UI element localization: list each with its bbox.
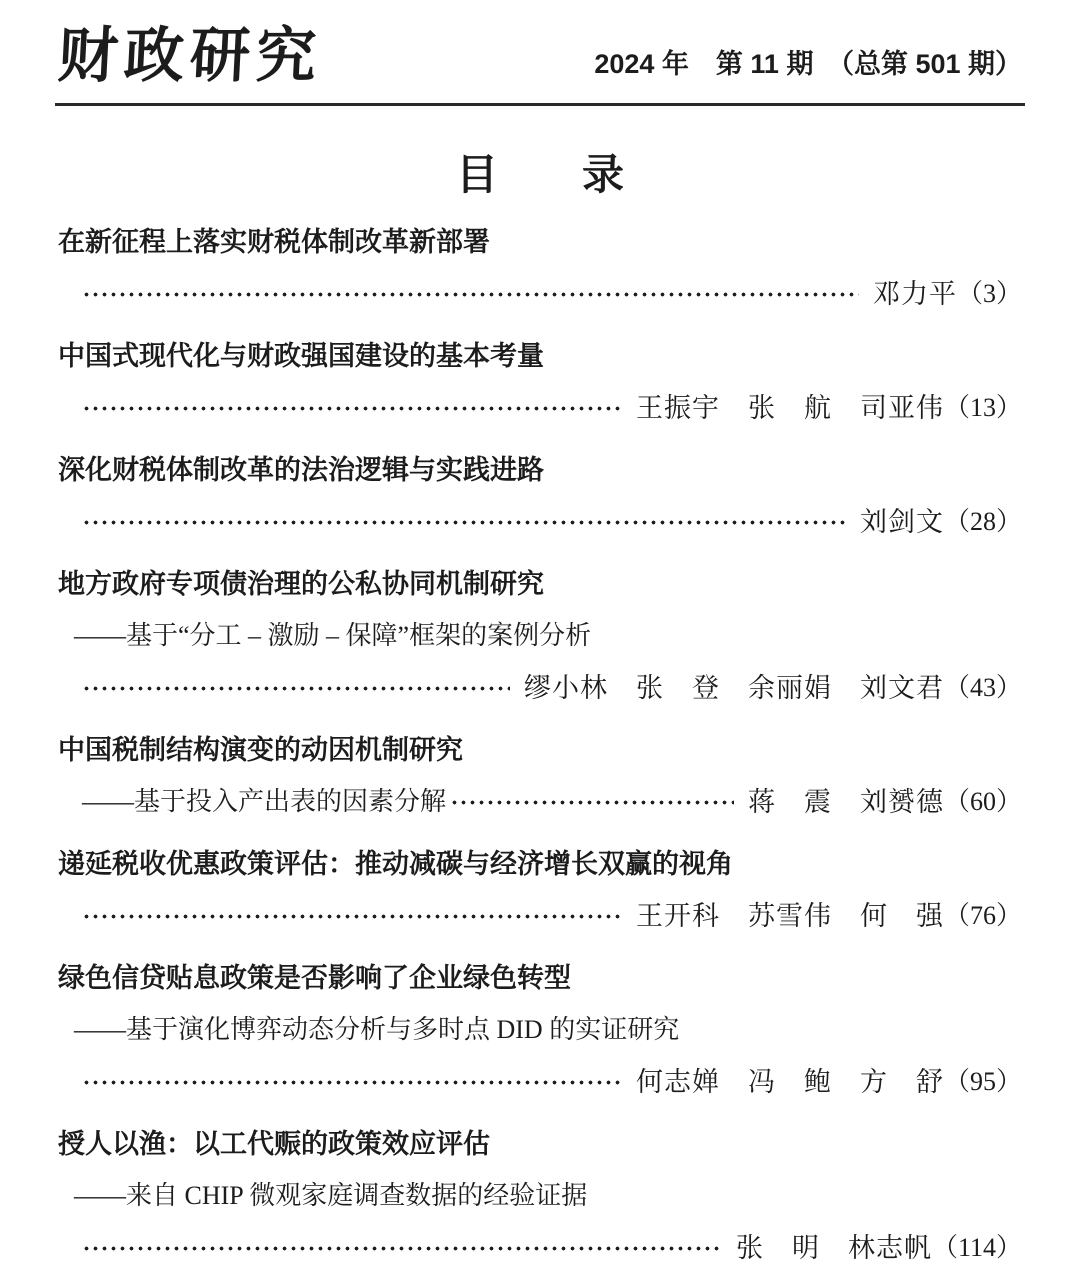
- dot-leader: [82, 392, 622, 424]
- dot-leader: [82, 900, 622, 932]
- dot-leader: [82, 1232, 722, 1264]
- toc-entries: 在新征程上落实财税体制改革新部署 邓力平 （3） 中国式现代化与财政强国建设的基…: [58, 226, 1022, 1264]
- entry-leader-row: 王开科 苏雪伟 何 强 （76）: [58, 900, 1022, 932]
- masthead: 财政研究 2024 年 第 11 期 （总第 501 期）: [58, 22, 1022, 91]
- entry-leader-row: 缪小林 张 登 余丽娟 刘文君 （43）: [58, 672, 1022, 704]
- entry-authors: 张 明 林志帆: [736, 1232, 932, 1264]
- entry-page: （60）: [944, 786, 1022, 818]
- entry-title: 中国税制结构演变的动因机制研究: [58, 734, 1022, 766]
- entry-authors: 缪小林 张 登 余丽娟 刘文君: [524, 672, 944, 704]
- toc-entry: 地方政府专项债治理的公私协同机制研究 ——基于“分工 – 激励 – 保障”框架的…: [58, 568, 1022, 704]
- entry-authors: 王开科 苏雪伟 何 强: [636, 900, 944, 932]
- entry-title: 绿色信贷贴息政策是否影响了企业绿色转型: [58, 962, 1022, 994]
- journal-logo: 财政研究: [56, 22, 324, 91]
- entry-title: 地方政府专项债治理的公私协同机制研究: [58, 568, 1022, 600]
- dot-leader: [450, 786, 734, 818]
- entry-page: （28）: [944, 506, 1022, 538]
- entry-subtitle: ——基于演化博弈动态分析与多时点 DID 的实证研究: [58, 1014, 1022, 1046]
- entry-page: （76）: [944, 900, 1022, 932]
- entry-page: （43）: [944, 672, 1022, 704]
- entry-leader-row: 张 明 林志帆 （114）: [58, 1232, 1022, 1264]
- entry-subtitle: ——基于“分工 – 激励 – 保障”框架的案例分析: [58, 620, 1022, 652]
- entry-title: 中国式现代化与财政强国建设的基本考量: [58, 340, 1022, 372]
- entry-authors: 何志婵 冯 鲍 方 舒: [636, 1066, 944, 1098]
- toc-entry: 深化财税体制改革的法治逻辑与实践进路 刘剑文 （28）: [58, 454, 1022, 538]
- toc-entry: 中国式现代化与财政强国建设的基本考量 王振宇 张 航 司亚伟 （13）: [58, 340, 1022, 424]
- dot-leader: [82, 672, 510, 704]
- entry-page: （95）: [944, 1066, 1022, 1098]
- entry-title: 在新征程上落实财税体制改革新部署: [58, 226, 1022, 258]
- entry-leader-row: 邓力平 （3）: [58, 278, 1022, 310]
- toc-entry: 递延税收优惠政策评估：推动减碳与经济增长双赢的视角 王开科 苏雪伟 何 强 （7…: [58, 848, 1022, 932]
- entry-leader-row: 王振宇 张 航 司亚伟 （13）: [58, 392, 1022, 424]
- toc-title: 目 录: [58, 154, 1022, 196]
- header-divider: [55, 103, 1025, 106]
- entry-leader-row: 刘剑文 （28）: [58, 506, 1022, 538]
- entry-authors: 王振宇 张 航 司亚伟: [636, 392, 944, 424]
- issue-info: 2024 年 第 11 期 （总第 501 期）: [594, 42, 1022, 91]
- entry-leader-row: 何志婵 冯 鲍 方 舒 （95）: [58, 1066, 1022, 1098]
- dot-leader: [82, 506, 846, 538]
- entry-subtitle: ——来自 CHIP 微观家庭调查数据的经验证据: [58, 1180, 1022, 1212]
- entry-title: 授人以渔：以工代赈的政策效应评估: [58, 1128, 1022, 1160]
- entry-page: （114）: [932, 1232, 1022, 1264]
- toc-entry: 在新征程上落实财税体制改革新部署 邓力平 （3）: [58, 226, 1022, 310]
- entry-page: （3）: [957, 278, 1022, 310]
- entry-title: 递延税收优惠政策评估：推动减碳与经济增长双赢的视角: [58, 848, 1022, 880]
- entry-authors: 蒋 震 刘赟德: [748, 786, 944, 818]
- entry-leader-row: ——基于投入产出表的因素分解 蒋 震 刘赟德 （60）: [58, 786, 1022, 818]
- entry-authors: 邓力平: [873, 278, 957, 310]
- entry-authors: 刘剑文: [860, 506, 944, 538]
- toc-entry: 中国税制结构演变的动因机制研究 ——基于投入产出表的因素分解 蒋 震 刘赟德 （…: [58, 734, 1022, 818]
- dot-leader: [82, 1066, 622, 1098]
- dot-leader: [82, 278, 859, 310]
- entry-page: （13）: [944, 392, 1022, 424]
- toc-entry: 授人以渔：以工代赈的政策效应评估 ——来自 CHIP 微观家庭调查数据的经验证据…: [58, 1128, 1022, 1264]
- toc-entry: 绿色信贷贴息政策是否影响了企业绿色转型 ——基于演化博弈动态分析与多时点 DID…: [58, 962, 1022, 1098]
- entry-subtitle: ——基于投入产出表的因素分解: [82, 786, 450, 818]
- entry-title: 深化财税体制改革的法治逻辑与实践进路: [58, 454, 1022, 486]
- journal-toc-page: 财政研究 2024 年 第 11 期 （总第 501 期） 目 录 在新征程上落…: [0, 0, 1080, 1273]
